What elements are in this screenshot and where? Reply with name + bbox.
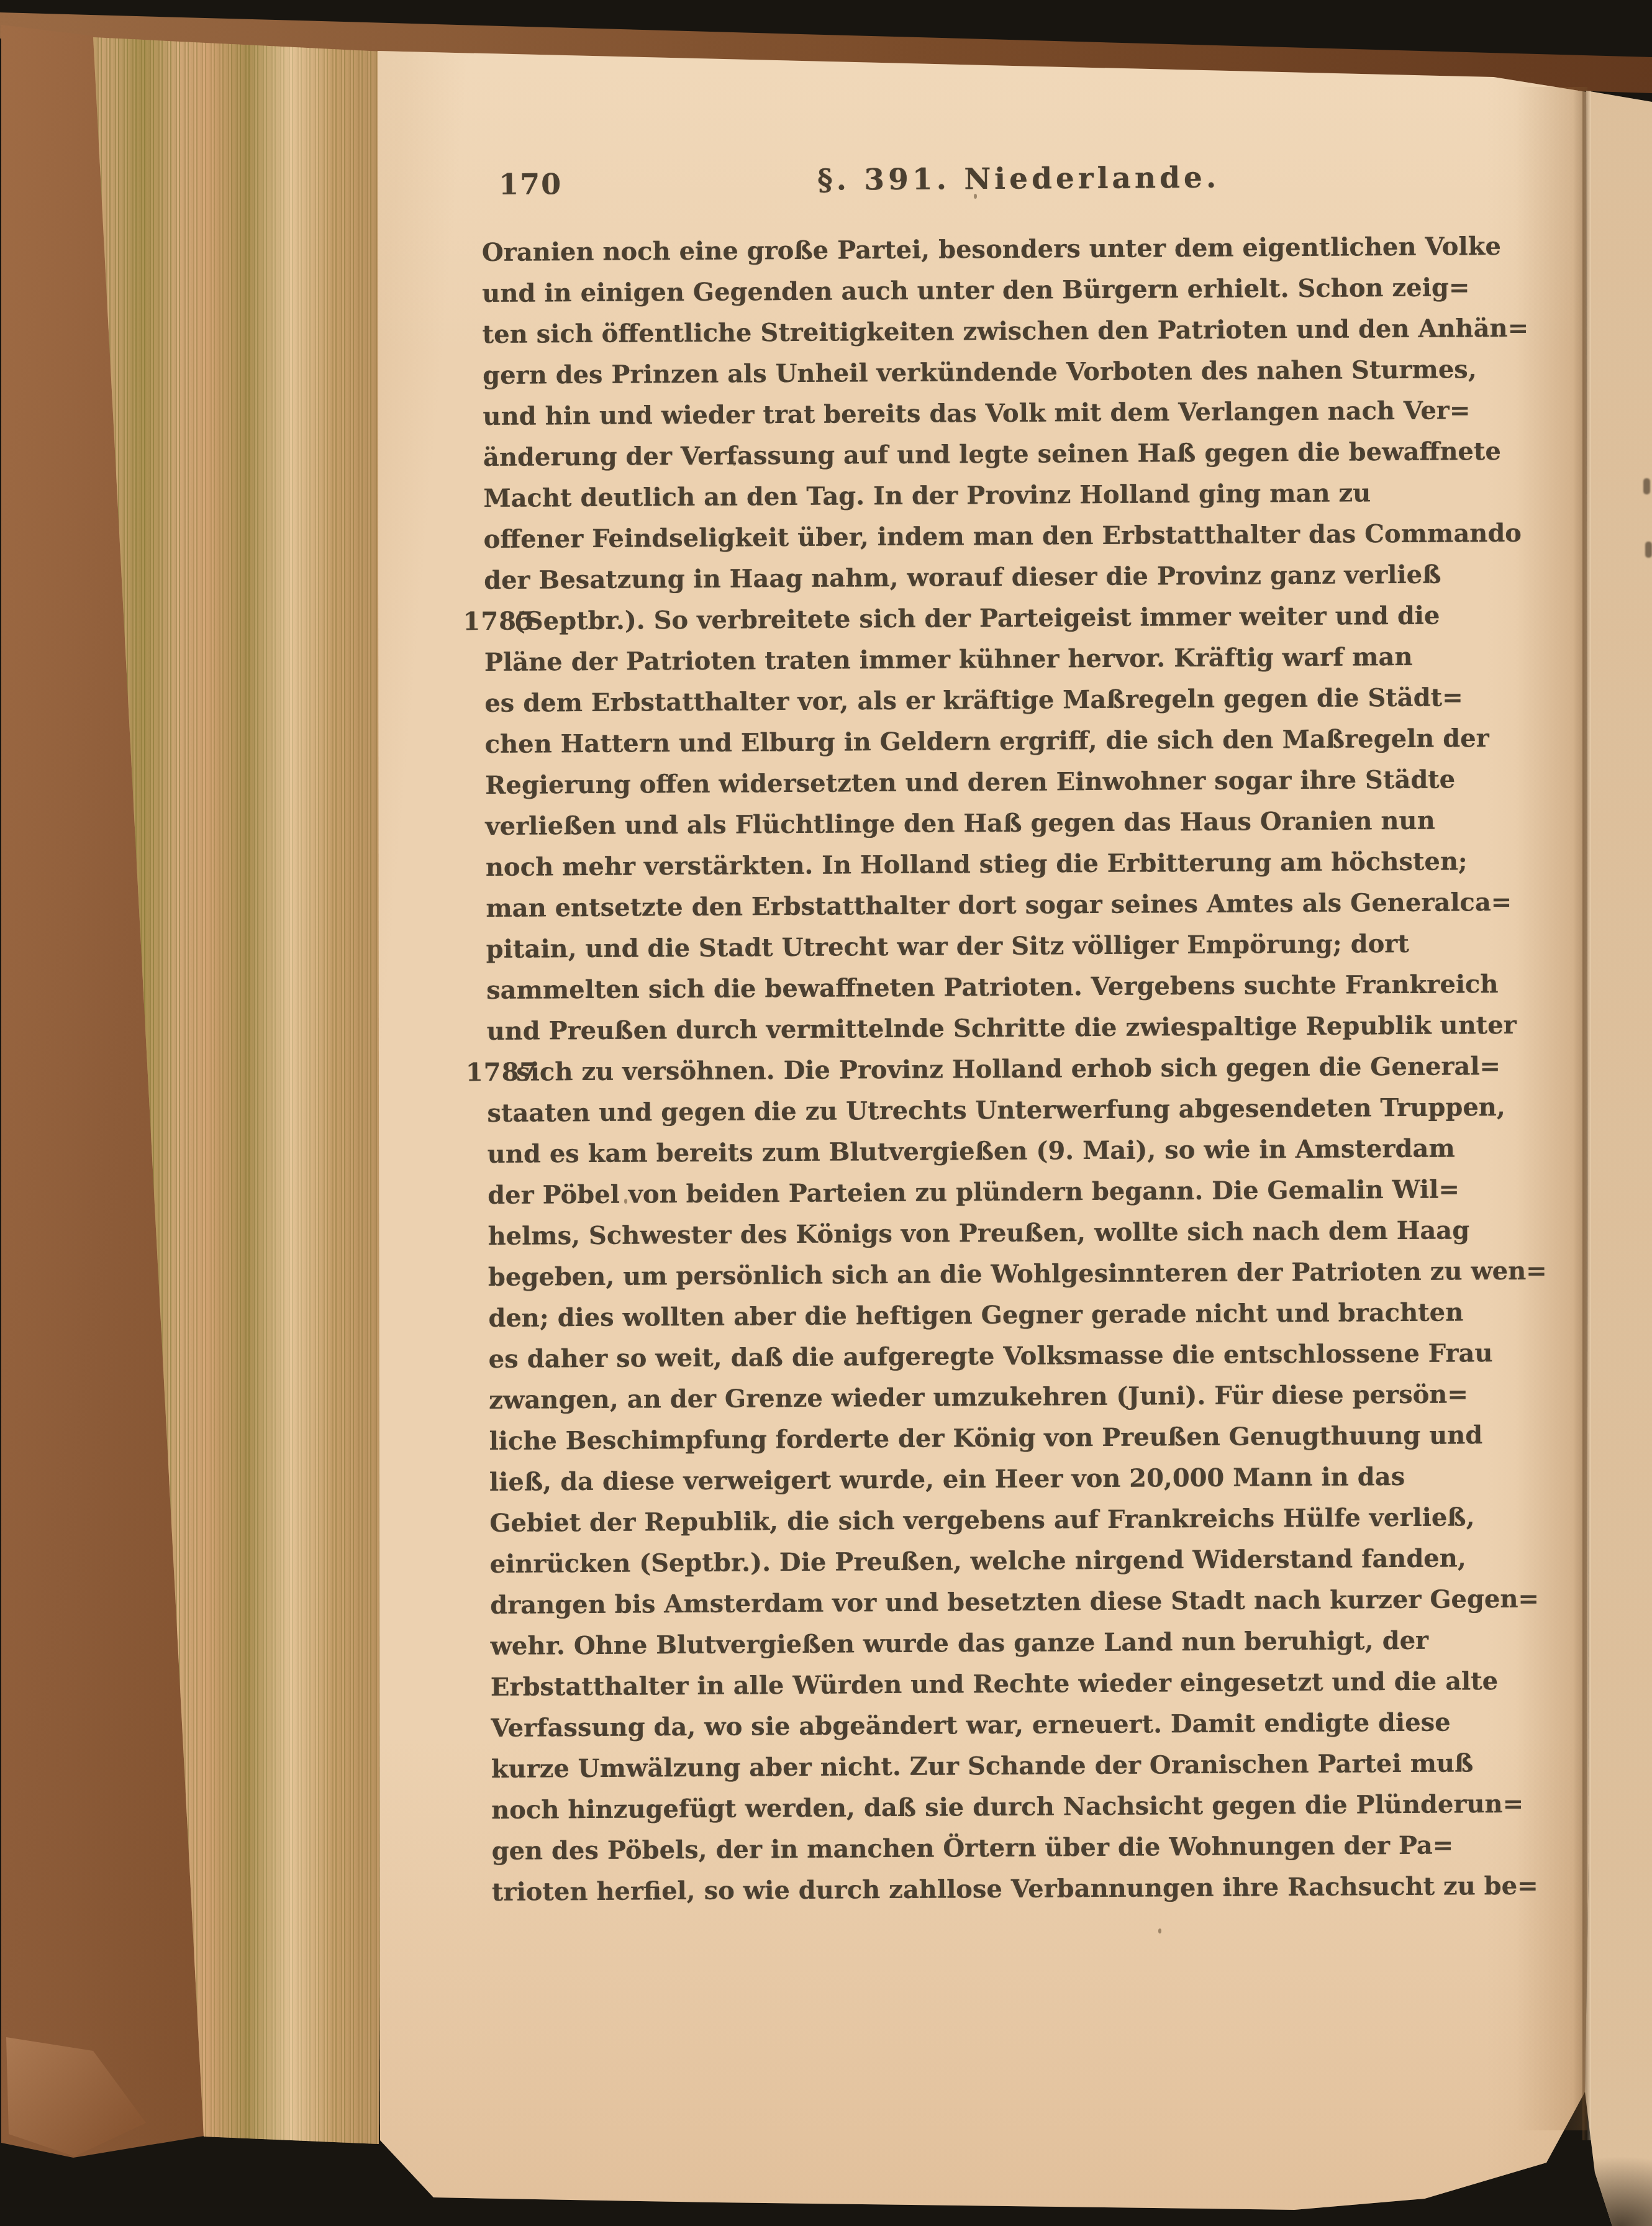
text-line-content: kurze Umwälzung aber nicht. Zur Schande …: [491, 1743, 1474, 1790]
text-line-content: einrücken (Septbr.). Die Preußen, welche…: [490, 1538, 1466, 1585]
text-line-content: helms, Schwester des Königs von Preußen,…: [488, 1210, 1469, 1257]
text-line-content: noch hinzugefügt werden, daß sie durch N…: [491, 1784, 1523, 1831]
text-line-content: und in einigen Gegenden auch unter den B…: [482, 267, 1469, 314]
text-line: sammelten sich die bewaffneten Patrioten…: [486, 963, 1561, 1011]
text-line-content: der Besatzung in Haag nahm, worauf diese…: [484, 555, 1441, 601]
text-line-content: Verfassung da, wo sie abgeändert war, er…: [491, 1702, 1451, 1749]
body-text: Oranien noch eine große Partei, besonder…: [482, 225, 1566, 1913]
text-line: ten sich öffentliche Streitigkeiten zwis…: [482, 307, 1556, 355]
text-line-content: und hin und wieder trat bereits das Volk…: [483, 390, 1470, 437]
page-header: 170 §. 391. Niederlande.: [481, 156, 1556, 232]
text-line-content: gern des Prinzen als Unheil verkündende …: [483, 349, 1477, 396]
text-line-content: ten sich öffentliche Streitigkeiten zwis…: [482, 308, 1528, 355]
text-line-content: trioten herfiel, so wie durch zahllose V…: [492, 1866, 1538, 1913]
facing-page-text-fragment: [1643, 478, 1650, 494]
text-line: es daher so weit, daß die aufgeregte Vol…: [489, 1332, 1563, 1380]
text-line-content: und Preußen durch vermittelnde Schritte …: [486, 1005, 1517, 1052]
text-line: der Pöbel von beiden Parteien zu plünder…: [488, 1168, 1562, 1216]
facing-page-text-fragment: [1645, 542, 1652, 558]
text-line: gern des Prinzen als Unheil verkündende …: [483, 348, 1557, 396]
text-line-content: liche Beschimpfung forderte der König vo…: [489, 1415, 1482, 1462]
text-line: pitain, und die Stadt Utrecht war der Si…: [486, 922, 1561, 970]
text-line-content: Macht deutlich an den Tag. In der Provin…: [483, 473, 1371, 519]
text-line: kurze Umwälzung aber nicht. Zur Schande …: [491, 1742, 1566, 1790]
text-line: änderung der Verfassung auf und legte se…: [483, 430, 1558, 478]
page-text-block: 170 §. 391. Niederlande. Oranien noch ei…: [481, 156, 1566, 1913]
text-line: man entsetzte den Erbstatthalter dort so…: [486, 881, 1560, 929]
text-line-content: begeben, um persönlich sich an die Wohlg…: [488, 1251, 1547, 1298]
text-line: wehr. Ohne Blutvergießen wurde das ganze…: [490, 1619, 1564, 1667]
text-line: Macht deutlich an den Tag. In der Provin…: [483, 471, 1558, 519]
text-line: der Besatzung in Haag nahm, worauf diese…: [484, 553, 1558, 601]
text-line: und hin und wieder trat bereits das Volk…: [483, 389, 1557, 437]
text-line: chen Hattern und Elburg in Geldern ergri…: [485, 717, 1559, 765]
text-line-content: ließ, da diese verweigert wurde, ein Hee…: [489, 1456, 1405, 1503]
text-line: begeben, um persönlich sich an die Wohlg…: [488, 1250, 1563, 1298]
text-line-content: gen des Pöbels, der in manchen Örtern üb…: [491, 1825, 1453, 1871]
text-line: den; dies wollten aber die heftigen Gegn…: [488, 1291, 1563, 1339]
paper-speck: [1158, 1928, 1161, 1933]
text-line: Oranien noch eine große Partei, besonder…: [482, 225, 1556, 273]
text-line-content: offener Feindseligkeit über, indem man d…: [484, 513, 1522, 560]
text-line: staaten und gegen die zu Utrechts Unterw…: [487, 1086, 1561, 1134]
text-line-content: chen Hattern und Elburg in Geldern ergri…: [485, 718, 1489, 765]
page-gutter-crease: [1582, 91, 1591, 2140]
text-line: 1787sich zu versöhnen. Die Provinz Holla…: [487, 1045, 1561, 1093]
section-heading: §. 391. Niederlande.: [481, 158, 1556, 199]
text-line-content: zwangen, an der Grenze wieder umzukehren…: [489, 1374, 1468, 1421]
text-line: helms, Schwester des Königs von Preußen,…: [488, 1209, 1562, 1257]
text-line: und es kam bereits zum Blutvergießen (9.…: [488, 1127, 1562, 1175]
text-line: verließen und als Flüchtlinge den Haß ge…: [485, 799, 1559, 847]
text-line: ließ, da diese verweigert wurde, ein Hee…: [489, 1455, 1564, 1503]
text-line-content: (Septbr.). So verbreitete sich der Parte…: [535, 596, 1440, 642]
text-line-content: und es kam bereits zum Blutvergießen (9.…: [488, 1128, 1455, 1175]
text-line-content: Regierung offen widersetzten und deren E…: [485, 759, 1455, 806]
text-line: drangen bis Amsterdam vor und besetzten …: [490, 1578, 1564, 1626]
text-line: zwangen, an der Grenze wieder umzukehren…: [489, 1373, 1563, 1421]
text-line: offener Feindseligkeit über, indem man d…: [484, 512, 1558, 560]
text-line-content: staaten und gegen die zu Utrechts Unterw…: [487, 1087, 1505, 1134]
text-line: es dem Erbstatthalter vor, als er kräfti…: [484, 676, 1559, 724]
text-line-content: wehr. Ohne Blutvergießen wurde das ganze…: [490, 1620, 1428, 1667]
text-line-content: Gebiet der Republik, die sich vergebens …: [489, 1497, 1475, 1544]
text-line-content: man entsetzte den Erbstatthalter dort so…: [486, 882, 1512, 929]
text-line-content: es daher so weit, daß die aufgeregte Vol…: [489, 1333, 1493, 1380]
text-line: einrücken (Septbr.). Die Preußen, welche…: [490, 1537, 1564, 1585]
text-line-content: drangen bis Amsterdam vor und besetzten …: [490, 1579, 1539, 1626]
text-line: Erbstatthalter in alle Würden und Rechte…: [491, 1660, 1565, 1708]
text-line-content: Pläne der Patrioten traten immer kühner …: [484, 637, 1413, 683]
text-line-content: änderung der Verfassung auf und legte se…: [483, 431, 1501, 478]
text-line-content: noch mehr verstärkten. In Holland stieg …: [486, 841, 1468, 888]
text-line-content: pitain, und die Stadt Utrecht war der Si…: [486, 924, 1410, 970]
text-line: 1785(Septbr.). So verbreitete sich der P…: [484, 594, 1558, 642]
text-line: und in einigen Gegenden auch unter den B…: [482, 266, 1556, 314]
text-line: trioten herfiel, so wie durch zahllose V…: [492, 1865, 1566, 1913]
text-line: Gebiet der Republik, die sich vergebens …: [489, 1496, 1564, 1544]
text-line-content: sich zu versöhnen. Die Provinz Holland e…: [537, 1046, 1500, 1093]
text-line: noch mehr verstärkten. In Holland stieg …: [486, 840, 1560, 888]
text-line: Verfassung da, wo sie abgeändert war, er…: [491, 1701, 1565, 1749]
text-line: liche Beschimpfung forderte der König vo…: [489, 1414, 1563, 1462]
text-line: gen des Pöbels, der in manchen Örtern üb…: [491, 1824, 1566, 1872]
text-line-content: Erbstatthalter in alle Würden und Rechte…: [491, 1661, 1499, 1708]
book-photo: 170 §. 391. Niederlande. Oranien noch ei…: [0, 0, 1652, 2226]
text-line: und Preußen durch vermittelnde Schritte …: [486, 1004, 1561, 1052]
text-line-content: Oranien noch eine große Partei, besonder…: [482, 226, 1501, 273]
text-line-content: es dem Erbstatthalter vor, als er kräfti…: [484, 677, 1463, 724]
text-line: Regierung offen widersetzten und deren E…: [485, 758, 1559, 806]
text-line: noch hinzugefügt werden, daß sie durch N…: [491, 1783, 1566, 1831]
text-line-content: den; dies wollten aber die heftigen Gegn…: [488, 1292, 1463, 1339]
text-line: Pläne der Patrioten traten immer kühner …: [484, 635, 1559, 683]
text-line-content: verließen und als Flüchtlinge den Haß ge…: [485, 801, 1435, 847]
text-line-content: der Pöbel von beiden Parteien zu plünder…: [488, 1169, 1459, 1216]
text-line-content: sammelten sich die bewaffneten Patrioten…: [486, 964, 1499, 1011]
